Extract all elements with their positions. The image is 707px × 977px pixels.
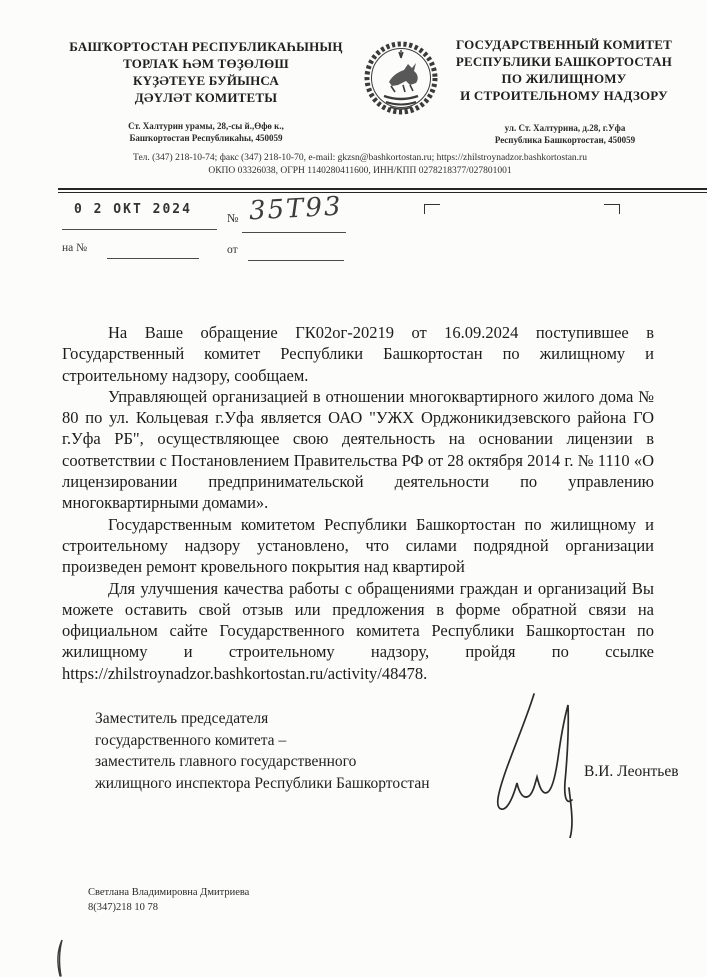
- date-stamp: 0 2 ОКТ 2024: [74, 202, 192, 217]
- reply-underline: [107, 257, 199, 259]
- position-line: жилищного инспектора Республики Башкорто…: [95, 773, 495, 795]
- executor-name: Светлана Владимировна Дмитриева: [88, 886, 249, 901]
- executor-phone: 8(347)218 10 78: [88, 901, 249, 916]
- requisites-line: ОКПО 03326038, ОГРН 1140280411600, ИНН/К…: [40, 165, 680, 178]
- letterhead-bashkir-line: ТОРЛАҠ ҺӘМ ТӨҘӨЛӨШ: [58, 55, 354, 72]
- executor-info: Светлана Владимировна Дмитриева 8(347)21…: [88, 886, 249, 915]
- body-paragraph: Государственным комитетом Республики Баш…: [62, 514, 654, 578]
- letterhead-bashkir-line: ДӘҮЛӘТ КОМИТЕТЫ: [58, 89, 354, 106]
- letterhead-russian: ГОСУДАРСТВЕННЫЙ КОМИТЕТ РЕСПУБЛИКИ БАШКО…: [428, 36, 700, 104]
- scanned-letter-page: БАШҠОРТОСТАН РЕСПУБЛИКАҺЫНЫҢ ТОРЛАҠ ҺӘМ …: [0, 0, 707, 977]
- addressee-corner-left: [424, 204, 440, 214]
- handwritten-outgoing-number: 35Т93: [248, 192, 343, 227]
- letterhead-bashkir-line: БАШҠОРТОСТАН РЕСПУБЛИКАҺЫНЫҢ: [58, 38, 354, 55]
- signatory-name: В.И. Леонтьев: [584, 763, 679, 781]
- from-label: от: [227, 244, 238, 256]
- number-label: №: [227, 211, 238, 226]
- letterhead-russian-line: РЕСПУБЛИКИ БАШКОРТОСТАН: [428, 53, 700, 70]
- letterhead-russian-line: И СТРОИТЕЛЬНОМУ НАДЗОРУ: [428, 87, 700, 104]
- address-line: Ст. Халтурин урамы, 28,-сы й.,Өфө к.,: [70, 120, 342, 132]
- date-underline: [62, 228, 217, 230]
- addressee-corner-right: [604, 204, 620, 214]
- pen-mark: [48, 938, 68, 977]
- number-underline: [242, 231, 346, 233]
- body-paragraph: На Ваше обращение ГК02ог-20219 от 16.09.…: [62, 322, 654, 386]
- address-bashkir: Ст. Халтурин урамы, 28,-сы й.,Өфө к., Ба…: [70, 120, 342, 144]
- contact-line: Тел. (347) 218-10-74; факс (347) 218-10-…: [40, 152, 680, 165]
- contact-requisites: Тел. (347) 218-10-74; факс (347) 218-10-…: [40, 152, 680, 178]
- body-paragraph: Управляющей организацией в отношении мно…: [62, 386, 654, 514]
- address-line: Республика Башкортостан, 450059: [440, 134, 690, 146]
- letter-body: На Ваше обращение ГК02ог-20219 от 16.09.…: [62, 322, 654, 684]
- signatory-position: Заместитель председателя государственног…: [95, 708, 495, 794]
- reply-to-label: на №: [62, 242, 87, 254]
- position-line: государственного комитета –: [95, 730, 495, 752]
- address-russian: ул. Ст. Халтурина, д.28, г.Уфа Республик…: [440, 122, 690, 146]
- letterhead-bashkir-line: КҮҘӘТЕҮЕ БУЙЫНСА: [58, 72, 354, 89]
- position-line: Заместитель председателя: [95, 708, 495, 730]
- letterhead-bashkir: БАШҠОРТОСТАН РЕСПУБЛИКАҺЫНЫҢ ТОРЛАҠ ҺӘМ …: [58, 38, 354, 106]
- letterhead-russian-line: ПО ЖИЛИЩНОМУ: [428, 70, 700, 87]
- letterhead-russian-line: ГОСУДАРСТВЕННЫЙ КОМИТЕТ: [428, 36, 700, 53]
- letterhead-divider: [58, 188, 707, 193]
- address-line: Башҡортостан Республикаһы, 450059: [70, 132, 342, 144]
- body-paragraph: Для улучшения качества работы с обращени…: [62, 578, 654, 684]
- handwritten-signature: [468, 688, 588, 843]
- from-underline: [248, 259, 344, 261]
- address-line: ул. Ст. Халтурина, д.28, г.Уфа: [440, 122, 690, 134]
- position-line: заместитель главного государственного: [95, 751, 495, 773]
